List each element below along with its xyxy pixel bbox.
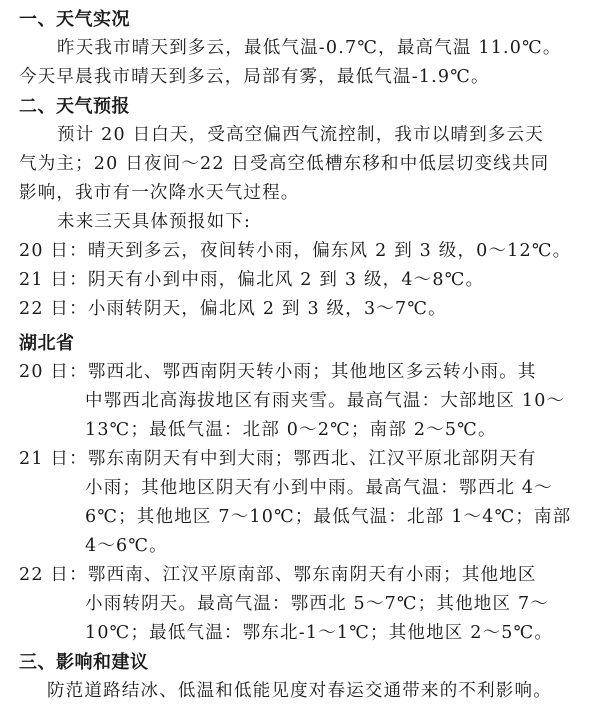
weather-report-document: 一、天气实况 昨天我市晴天到多云，最低气温-0.7℃，最高气温 11.0℃。 今…: [19, 5, 593, 706]
forecast-day-21: 21 日：阴天有小到中雨，偏北风 2 到 3 级，4～8℃。: [19, 266, 593, 295]
hubei-day20-line: 中鄂西北高海拔地区有雨夹雪。最高气温：大部地区 10～: [19, 387, 593, 416]
forecast-day-22: 22 日：小雨转阴天，偏北风 2 到 3 级，3～7℃。: [19, 295, 593, 324]
forecast-day-20: 20 日：晴天到多云，夜间转小雨，偏东风 2 到 3 级，0～12℃。: [19, 237, 593, 266]
section-heading-impact-advice: 三、影响和建议: [19, 648, 593, 677]
hubei-day20-line: 20 日：鄂西北、鄂西南阴天转小雨；其他地区多云转小雨。其: [19, 358, 593, 387]
hubei-day21-line: 小雨；其他地区阴天有小到中雨。最高气温：鄂西北 4～: [19, 474, 593, 503]
section-heading-weather-observation: 一、天气实况: [19, 5, 593, 34]
section-heading-weather-forecast: 二、天气预报: [19, 92, 593, 121]
hubei-day20-line: 13℃；最低气温：北部 0～2℃；南部 2～5℃。: [19, 416, 593, 445]
section-heading-hubei: 湖北省: [19, 329, 593, 358]
observation-line: 今天早晨我市晴天到多云，局部有雾，最低气温-1.9℃。: [19, 63, 593, 92]
advice-line: 防范道路结冰、低温和低能见度对春运交通带来的不利影响。: [19, 677, 593, 706]
forecast-paragraph-line: 气为主；20 日夜间～22 日受高空低槽东移和中低层切变线共同: [19, 150, 593, 179]
forecast-paragraph-line: 预计 20 日白天，受高空偏西气流控制，我市以晴到多云天: [19, 121, 593, 150]
observation-line: 昨天我市晴天到多云，最低气温-0.7℃，最高气温 11.0℃。: [19, 34, 593, 63]
hubei-day22-line: 小雨转阴天。最高气温：鄂西北 5～7℃；其他地区 7～: [19, 590, 593, 619]
hubei-day22-line: 10℃；最低气温：鄂东北-1～1℃；其他地区 2～5℃。: [19, 619, 593, 648]
hubei-day22-line: 22 日：鄂西南、江汉平原南部、鄂东南阴天有小雨；其他地区: [19, 561, 593, 590]
hubei-day21-line: 21 日：鄂东南阴天有中到大雨；鄂西北、江汉平原北部阴天有: [19, 445, 593, 474]
hubei-day21-line: 4～6℃。: [19, 532, 593, 561]
forecast-intro-line: 未来三天具体预报如下:: [19, 208, 593, 237]
forecast-paragraph-line: 影响，我市有一次降水天气过程。: [19, 179, 593, 208]
hubei-day21-line: 6℃；其他地区 7～10℃；最低气温：北部 1～4℃；南部: [19, 503, 593, 532]
